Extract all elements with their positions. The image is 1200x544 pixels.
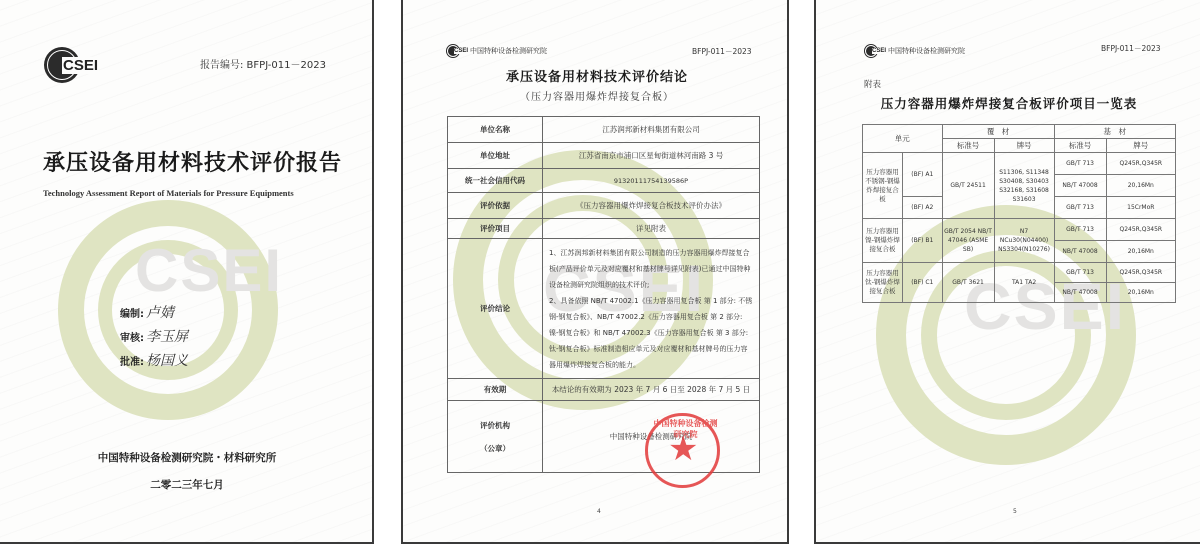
table-row: 压力容器用不锈钢-钢爆炸焊接复合板 (BF) A1 GB/T 24511 S11… — [863, 153, 1176, 175]
signature-compiled: 编制:卢婧 — [120, 302, 174, 322]
conclusion-item-2: 2、具备依照 NB/T 47002.1《压力容器用复合板 第 1 部分: 不锈钢… — [549, 293, 753, 373]
page-number: 5 — [1013, 508, 1017, 515]
table-row: 评价结论 1、江苏润邦新材料集团有限公司制造的压力容器用爆炸焊接复合板(产品评价… — [448, 239, 760, 379]
header-code: BFPJ-011－2023 — [692, 46, 752, 57]
header-logo: CSEI 中国特种设备检测研究院 — [864, 44, 965, 58]
report-subtitle-en: Technology Assessment Report of Material… — [43, 188, 294, 198]
csei-logo: CSEI — [44, 47, 99, 83]
table-row: 压力容器用钛-钢爆炸焊接复合板 (BF) C1 GB/T 3621 TA1 TA… — [863, 263, 1176, 283]
table-row: 压力容器用镍-钢爆炸焊接复合板 (BF) B1 GB/T 2054 NB/T 4… — [863, 219, 1176, 241]
table-row: 单位地址 江苏省南京市浦口区星甸街道林河南路 3 号 — [448, 143, 760, 169]
official-seal: 中国特种设备检测研究院 ★ — [645, 413, 720, 488]
report-number: 报告编号: BFPJ-011－2023 — [200, 56, 326, 71]
issuing-organization: 中国特种设备检测研究院・材料研究所 — [0, 450, 374, 465]
signature-reviewed: 审核:李玉屏 — [120, 326, 188, 346]
conclusion-subtitle: （压力容器用爆炸焊接复合板） — [403, 88, 789, 103]
table-row: 有效期 本结论的有效期为 2023 年 7 月 6 日至 2028 年 7 月 … — [448, 379, 760, 401]
conclusion-title: 承压设备用材料技术评价结论 — [403, 66, 789, 85]
evaluation-items-table: 单元 覆 材 基 材 标准号 牌号 标准号 牌号 压力容器用不锈钢-钢爆炸焊接复… — [862, 124, 1176, 303]
conclusion-page: CSEI CSEI 中国特种设备检测研究院 BFPJ-011－2023 承压设备… — [401, 0, 789, 544]
table-row: 单位名称 江苏润邦新材料集团有限公司 — [448, 117, 760, 143]
appendix-label: 附表 — [864, 78, 881, 90]
header-logo: CSEI 中国特种设备检测研究院 — [446, 44, 547, 58]
page-number: 4 — [597, 508, 601, 515]
star-icon: ★ — [668, 432, 698, 466]
table-row: 评价依据 《压力容器用爆炸焊接复合板技术评价办法》 — [448, 193, 760, 219]
conclusion-item-1: 1、江苏润邦新材料集团有限公司制造的压力容器用爆炸焊接复合板(产品评价单元及对应… — [549, 245, 753, 293]
issue-date: 二零二三年七月 — [0, 477, 374, 492]
report-title: 承压设备用材料技术评价报告 — [43, 146, 342, 177]
cover-page: CSEI CSEI 报告编号: BFPJ-011－2023 承压设备用材料技术评… — [0, 0, 374, 544]
table-row: 评价项目 详见附表 — [448, 219, 760, 239]
table-row: 统一社会信用代码 91320111754139586P — [448, 169, 760, 193]
appendix-page: CSEI CSEI 中国特种设备检测研究院 BFPJ-011－2023 附表 压… — [814, 0, 1200, 544]
header-code: BFPJ-011－2023 — [1101, 43, 1161, 54]
appendix-title: 压力容器用爆炸焊接复合板评价项目一览表 — [816, 94, 1200, 112]
table-header-row: 单元 覆 材 基 材 — [863, 125, 1176, 139]
signature-approved: 批准:杨国义 — [120, 350, 188, 370]
